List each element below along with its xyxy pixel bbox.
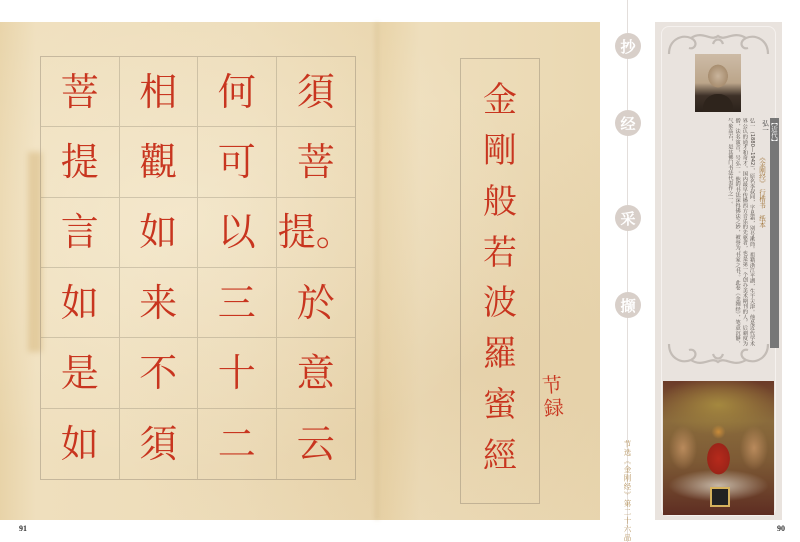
left-page-calligraphy: 菩 相 何 須 提 觀 可 菩 言 如 以 提。 如 来 三 於 是 不 十 意…	[0, 22, 600, 520]
grid-cell: 菩	[41, 57, 120, 127]
grid-cell: 何	[198, 57, 277, 127]
grid-cell: 提。	[277, 198, 356, 268]
signature-char: 録	[543, 396, 565, 420]
medallion-char: 采	[615, 205, 641, 231]
excerpt-caption: 节选《金刚经》第二十六品	[621, 440, 633, 542]
grid-cell: 於	[277, 268, 356, 338]
biography-text: 弘一（1880—1942），原名李叔同，字息霜，别号漱筒。祖籍浙江平湖，生于天津…	[726, 118, 755, 346]
page-number-left: 91	[19, 524, 27, 533]
grid-cell: 觀	[120, 127, 199, 197]
grid-cell: 須	[120, 409, 199, 479]
buddhist-painting-image	[663, 381, 774, 515]
era-badge: 【近代】	[770, 118, 779, 348]
author-name: 弘一	[761, 118, 770, 348]
author-info-panel: 【近代】 弘一 《金刚经》 行楷书 纸本 弘一（1880—1942），原名李叔同…	[655, 22, 782, 520]
grid-cell: 是	[41, 338, 120, 408]
grid-cell: 可	[198, 127, 277, 197]
title-char: 剛	[483, 134, 517, 168]
grid-cell: 如	[41, 409, 120, 479]
grid-cell: 二	[198, 409, 277, 479]
title-char: 羅	[483, 337, 517, 371]
scroll-ornament-bottom-icon	[665, 340, 772, 370]
grid-cell: 意	[277, 338, 356, 408]
signature-char: 节	[541, 373, 563, 397]
grid-cell: 言	[41, 198, 120, 268]
grid-cell: 如	[41, 268, 120, 338]
grid-cell: 十	[198, 338, 277, 408]
grid-cell: 須	[277, 57, 356, 127]
title-char: 金	[483, 83, 517, 117]
grid-cell: 菩	[277, 127, 356, 197]
author-bio: 【近代】 弘一 《金刚经》 行楷书 纸本 弘一（1880—1942），原名李叔同…	[691, 118, 779, 348]
page-number-right: 90	[777, 524, 785, 533]
medallion-char: 经	[615, 110, 641, 136]
grid-cell: 来	[120, 268, 199, 338]
grid-cell: 云	[277, 409, 356, 479]
sutra-title-box: 金 剛 般 若 波 羅 蜜 經	[460, 58, 540, 504]
grid-cell: 如	[120, 198, 199, 268]
grid-cell: 相	[120, 57, 199, 127]
title-char: 波	[483, 286, 517, 320]
signature-inscription: 节 録	[538, 373, 567, 421]
calligraphy-grid: 菩 相 何 須 提 觀 可 菩 言 如 以 提。 如 来 三 於 是 不 十 意…	[40, 56, 356, 480]
author-portrait	[695, 54, 741, 112]
medallion-char: 抄	[615, 33, 641, 59]
medallion-char: 撷	[615, 292, 641, 318]
title-char: 蜜	[483, 388, 517, 422]
grid-cell: 三	[198, 268, 277, 338]
author-label: 【近代】 弘一	[770, 118, 779, 348]
grid-cell: 提	[41, 127, 120, 197]
grid-cell: 不	[120, 338, 199, 408]
title-char: 經	[483, 439, 517, 473]
title-char: 若	[483, 236, 517, 270]
grid-cell: 以	[198, 198, 277, 268]
title-char: 般	[483, 185, 517, 219]
